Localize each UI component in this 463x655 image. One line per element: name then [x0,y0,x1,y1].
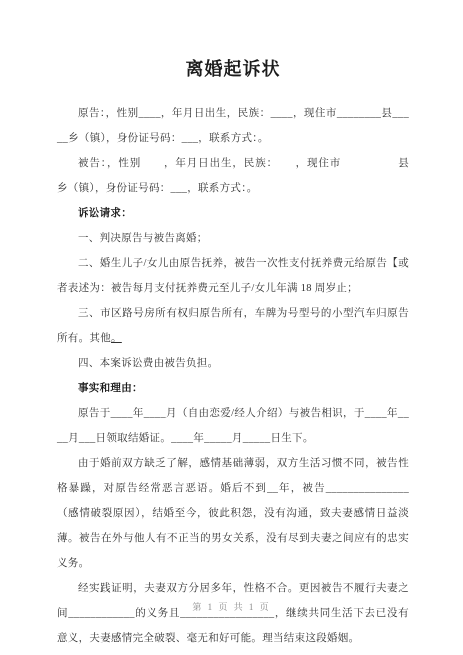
facts-paragraph-breakdown: 由于婚前双方缺乏了解，感情基础薄弱，双方生活习惯不同，被告性格暴躁，对原告经常恶… [57,451,409,576]
claim-item-3-text: 三、市区路号房所有权归原告所有，车牌为号型号的小型汽车归原告所有。其他 [57,308,409,344]
facts-paragraph-conclusion: 经实践证明，夫妻双方分居多年，性格不合。更因被告不履行夫妻之间_________… [57,576,409,651]
claim-item-3: 三、市区路号房所有权归原告所有，车牌为号型号的小型汽车归原告所有。其他。 [57,301,409,351]
claim-item-1: 一、判决原告与被告离婚； [57,226,409,251]
claim-item-2: 二、婚生儿子/女儿由原告抚养，被告一次性支付抚养费元给原告【或者表述为：被告每月… [57,251,409,301]
plaintiff-paragraph: 原告：，性别____，年月日出生，民族：____，现住市________县___… [57,101,409,151]
facts-paragraph-courtship: 原告于____年____月（自由恋爱/经人介绍）与被告相识，于____年____… [57,401,409,451]
page-footer: 第 1 页 共 1 页 [0,600,463,613]
claim-item-3-blank: 。 [111,333,122,344]
facts-heading: 事实和理由： [57,376,409,401]
claim-item-4: 四、本案诉讼费由被告负担。 [57,351,409,376]
claims-heading: 诉讼请求： [57,201,409,226]
page-title: 离婚起诉状 [57,54,409,84]
document-page: 离婚起诉状 原告：，性别____，年月日出生，民族：____，现住市______… [0,0,463,655]
defendant-paragraph: 被告：，性别 ，年月日出生，民族： ，现住市 县 乡（镇），身份证号码：___，… [57,151,409,201]
